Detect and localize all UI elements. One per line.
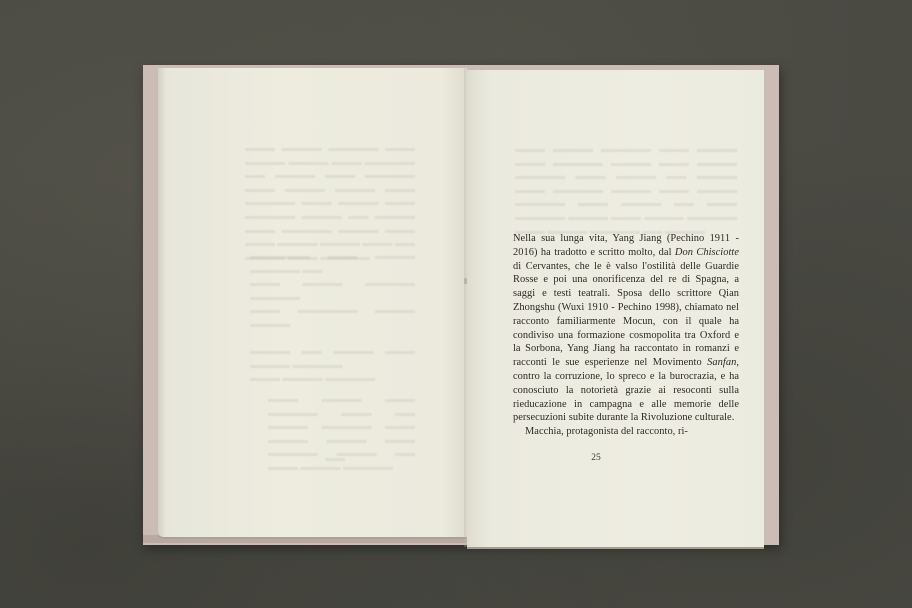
- show-through-text: ▬▬▬ ▬▬▬▬ ▬▬▬▬▬ ▬▬▬ ▬▬▬▬ ▬▬▬ ▬▬▬▬▬ ▬▬▬▬ ▬…: [515, 143, 737, 238]
- page-body-text: Nella sua lunga vita, Yang Jiang (Pechin…: [513, 232, 739, 439]
- show-through-text: ▬▬▬▬▬▬ ▬▬▬ ▬▬▬▬ ▬▬▬▬▬ ▬▬▬▬▬ ▬▬▬▬ ▬▬▬▬▬ ▬…: [250, 250, 415, 386]
- book-title-italic: Don Chisciotte: [675, 247, 739, 258]
- movement-name-italic: Sanfan: [707, 357, 736, 368]
- show-through-text: ▬▬▬ ▬▬▬▬ ▬▬▬▬▬ ▬▬▬ ▬▬▬▬ ▬▬▬▬ ▬▬▬ ▬▬▬▬▬ ▬…: [245, 142, 415, 264]
- paragraph-1: Nella sua lunga vita, Yang Jiang (Pechin…: [513, 232, 739, 425]
- paragraph-2: Macchia, protagonista del racconto, ri-: [513, 425, 739, 439]
- page-number: 25: [586, 453, 606, 463]
- book-gutter: [464, 68, 470, 547]
- binding-thread: [464, 278, 467, 284]
- show-through-page-number: ▬▬: [320, 452, 350, 466]
